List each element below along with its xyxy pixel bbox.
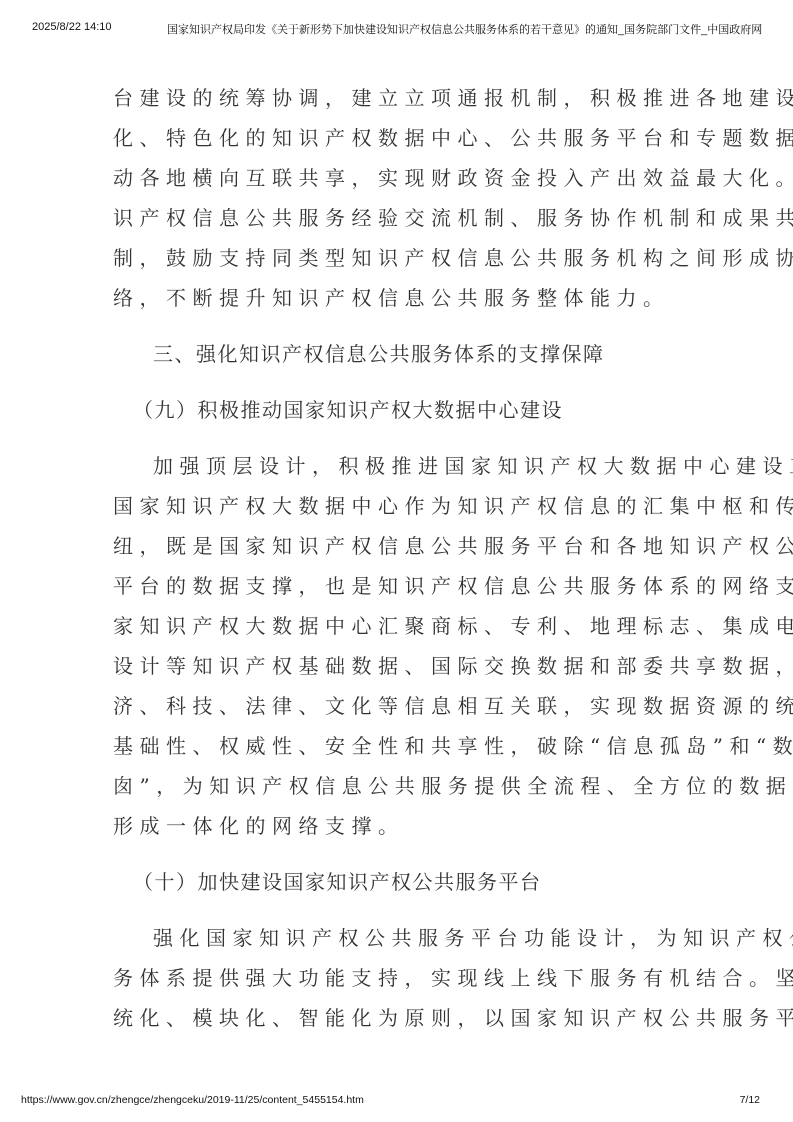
text-line: 化、特色化的知识产权数据中心、公共服务平台和专题数据库，推 (113, 118, 699, 158)
sub-heading-10: （十）加快建设国家知识产权公共服务平台 (113, 862, 699, 902)
text-line: 基础性、权威性、安全性和共享性，破除“信息孤岛”和“数据烟 (113, 726, 699, 766)
page-title: 国家知识产权局印发《关于新形势下加快建设知识产权信息公共服务体系的若干意见》的通… (167, 21, 762, 37)
text-line: 设计等知识产权基础数据、国际交换数据和部委共享数据，并与经 (113, 646, 699, 686)
text-line: 动各地横向互联共享，实现财政资金投入产出效益最大化。建立知 (113, 158, 699, 198)
print-timestamp: 2025/8/22 14:10 (32, 21, 112, 33)
text-line: 形成一体化的网络支撑。 (113, 806, 699, 846)
text-line: 平台的数据支撑，也是知识产权信息公共服务体系的网络支撑。国 (113, 566, 699, 606)
text-line: 制，鼓励支持同类型知识产权信息公共服务机构之间形成协作网 (113, 238, 699, 278)
text-line: 济、科技、法律、文化等信息相互关联，实现数据资源的统一性、 (113, 686, 699, 726)
text-line: 统化、模块化、智能化为原则，以国家知识产权公共服务平台为核 (113, 998, 699, 1038)
text-line: 台建设的统筹协调，建立立项通报机制，积极推进各地建设差异 (113, 78, 699, 118)
text-line: 家知识产权大数据中心汇聚商标、专利、地理标志、集成电路布图 (113, 606, 699, 646)
document-body: 台建设的统筹协调，建立立项通报机制，积极推进各地建设差异 化、特色化的知识产权数… (113, 78, 699, 1038)
text-line: 强化国家知识产权公共服务平台功能设计，为知识产权公共服 (113, 918, 699, 958)
sub-heading-9: （九）积极推动国家知识产权大数据中心建设 (113, 390, 699, 430)
paragraph-9: 加强顶层设计，积极推进国家知识产权大数据中心建设工作。 国家知识产权大数据中心作… (113, 446, 699, 846)
text-line: 加强顶层设计，积极推进国家知识产权大数据中心建设工作。 (113, 446, 699, 486)
paragraph-10: 强化国家知识产权公共服务平台功能设计，为知识产权公共服 务体系提供强大功能支持，… (113, 918, 699, 1038)
text-line: 国家知识产权大数据中心作为知识产权信息的汇集中枢和传输枢 (113, 486, 699, 526)
page-url: https://www.gov.cn/zhengce/zhengceku/201… (21, 1094, 364, 1106)
text-line: 囱”，为知识产权信息公共服务提供全流程、全方位的数据支持， (113, 766, 699, 806)
text-line: 务体系提供强大功能支持，实现线上线下服务有机结合。坚持以系 (113, 958, 699, 998)
continued-paragraph: 台建设的统筹协调，建立立项通报机制，积极推进各地建设差异 化、特色化的知识产权数… (113, 78, 699, 318)
text-line: 识产权信息公共服务经验交流机制、服务协作机制和成果共享机 (113, 198, 699, 238)
page-number: 7/12 (740, 1094, 760, 1106)
text-line: 纽，既是国家知识产权信息公共服务平台和各地知识产权公共服务 (113, 526, 699, 566)
section-heading: 三、强化知识产权信息公共服务体系的支撑保障 (113, 334, 699, 374)
text-line: 络，不断提升知识产权信息公共服务整体能力。 (113, 278, 699, 318)
